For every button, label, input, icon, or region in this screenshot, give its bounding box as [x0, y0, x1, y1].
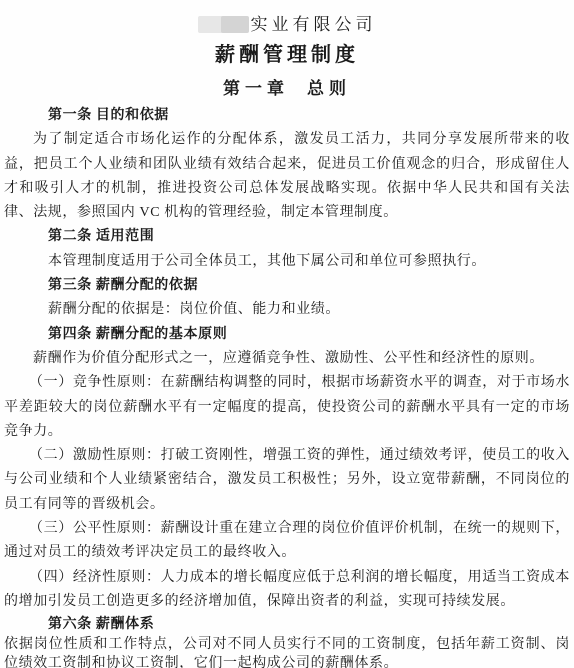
article-4-heading: 第四条 薪酬分配的基本原则 [4, 323, 570, 347]
principle-2-paragraph: （二）激励性原则：打破工资刚性，增强工资的弹性，通过绩效考评，使员工的收入与公司… [4, 444, 570, 517]
document-body: 第一条 目的和依据 为了制定适合市场化运作的分配体系，激发员工活力，共同分享发展… [0, 104, 574, 668]
article-6-paragraph: 依据岗位性质和工作特点，公司对不同人员实行不同的工资制度，包括年薪工资制、岗位绩… [4, 635, 570, 668]
principle-3-paragraph: （三）公平性原则：薪酬设计重在建立合理的岗位价值评价机制，在统一的规则下，通过对… [4, 517, 570, 566]
article-6-block: 第六条 薪酬体系 依据岗位性质和工作特点，公司对不同人员实行不同的工资制度，包括… [4, 615, 570, 668]
article-2-paragraph: 本管理制度适用于公司全体员工，其他下属公司和单位可参照执行。 [4, 250, 570, 274]
article-6-heading: 第六条 薪酬体系 [4, 615, 570, 635]
article-3-paragraph: 薪酬分配的依据是：岗位价值、能力和业绩。 [4, 298, 570, 322]
principle-4-paragraph: （四）经济性原则：人力成本的增长幅度应低于总利润的增长幅度，用适当工资成本的增加… [4, 566, 570, 615]
article-1-paragraph: 为了制定适合市场化运作的分配体系，激发员工活力，共同分享发展所带来的收益，把员工… [4, 128, 570, 225]
chapter-number: 第一章 [223, 79, 289, 98]
principle-1-paragraph: （一）竞争性原则：在薪酬结构调整的同时，根据市场薪资水平的调查，对于市场水平差距… [4, 371, 570, 444]
article-2-heading: 第二条 适用范围 [4, 225, 570, 249]
article-4-intro-paragraph: 薪酬作为价值分配形式之一，应遵循竞争性、激励性、公平性和经济性的原则。 [4, 347, 570, 371]
chapter-name: 总则 [307, 79, 351, 98]
company-name-suffix: 实业有限公司 [251, 15, 377, 34]
article-3-heading: 第三条 薪酬分配的依据 [4, 274, 570, 298]
company-name-line: 实业有限公司 [0, 10, 574, 32]
chapter-heading: 第一章总则 [0, 74, 574, 96]
document-page: 实业有限公司 薪酬管理制度 第一章总则 第一条 目的和依据 为了制定适合市场化运… [0, 0, 574, 668]
redaction-box-2 [221, 16, 249, 33]
article-1-heading: 第一条 目的和依据 [4, 104, 570, 128]
document-title: 薪酬管理制度 [0, 38, 574, 62]
